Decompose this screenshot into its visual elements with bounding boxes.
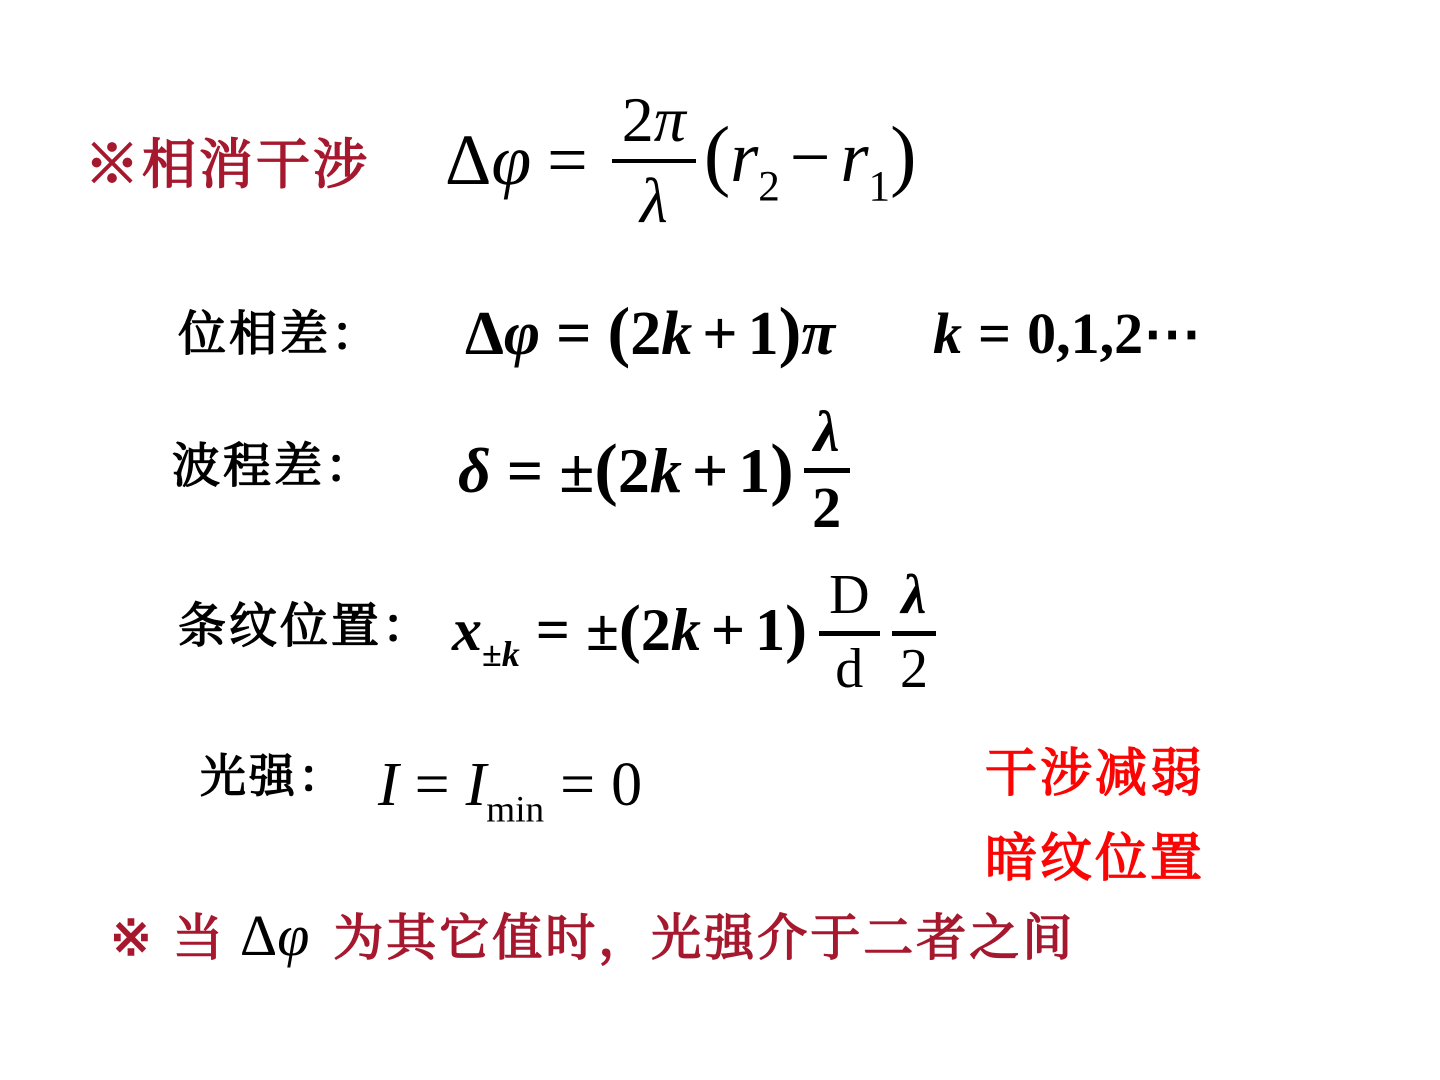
equals-sign: = <box>547 120 588 200</box>
equals-sign: = <box>507 435 543 506</box>
title-text: 相消干涉 <box>142 135 370 195</box>
plus-minus-sign: ± <box>586 597 619 663</box>
I-min-symbol: I <box>466 751 487 819</box>
open-paren-icon: ( <box>619 592 641 665</box>
equals-sign-2: = <box>560 751 595 819</box>
slide-title: ※相消干涉 <box>85 122 370 199</box>
label-intensity: 光强： <box>200 740 347 806</box>
number-1: 1 <box>738 435 770 506</box>
delta-symbol: Δ <box>445 120 491 200</box>
equals-sign: = <box>556 300 591 368</box>
k-symbol: k <box>671 597 701 663</box>
denominator-2: 2 <box>812 473 841 540</box>
coefficient-2: 2 <box>630 300 661 368</box>
open-paren-icon: ( <box>608 293 631 369</box>
close-paren-icon: ) <box>779 293 802 369</box>
x-subscript: ±k <box>482 634 520 674</box>
close-paren-icon: ) <box>890 111 916 199</box>
number-1: 1 <box>755 597 785 663</box>
delta-symbol: Δ <box>240 903 277 968</box>
x-symbol: x <box>452 597 482 663</box>
lambda-symbol: λ <box>892 565 937 636</box>
lambda-symbol: λ <box>804 400 850 473</box>
note-dark-fringe-position: 暗纹位置 <box>985 816 1205 891</box>
zero-value: 0 <box>611 751 642 819</box>
formula-fringe-position: x±k=±(2k+1) D d λ 2 <box>452 565 936 700</box>
k-symbol: k <box>661 300 692 368</box>
number-1: 1 <box>748 300 779 368</box>
k-symbol: k <box>933 301 962 366</box>
d-symbol: d <box>835 636 863 701</box>
formula-phase-difference-general: Δφ= 2π λ (r2−r1) <box>445 85 916 237</box>
equals-sign: = <box>415 751 450 819</box>
equals-sign: = <box>978 301 1011 366</box>
bottom-marker: ※ <box>110 910 155 966</box>
bottom-note: ※当Δφ为其它值时，光强介于二者之间 <box>110 898 1075 970</box>
plus-sign: + <box>711 597 745 663</box>
label-fringe-position: 条纹位置： <box>178 587 433 656</box>
f3-main: δ=±(2k+1) <box>458 429 794 510</box>
phi-symbol: φ <box>277 903 309 968</box>
fraction-lambda-over-2: λ 2 <box>892 565 937 700</box>
formula-phase-condition: Δφ=(2k+1)π <box>465 292 835 371</box>
coefficient-2: 2 <box>618 435 650 506</box>
phi-symbol: φ <box>491 120 531 200</box>
fraction-lambda-over-2: λ 2 <box>804 400 850 540</box>
D-symbol: D <box>819 565 879 636</box>
f4-main: x±k=±(2k+1) <box>452 591 807 675</box>
I-symbol: I <box>378 751 399 819</box>
k-value-range: k=0,1,2⋯ <box>933 299 1201 367</box>
r1-subscript: 1 <box>868 164 890 211</box>
r2-symbol: r <box>730 117 758 197</box>
slide: { "colors": { "dark_red": "#a5182e", "br… <box>0 0 1440 1080</box>
label-phase-difference: 位相差： <box>178 295 382 364</box>
label-path-difference: 波程差： <box>172 427 376 496</box>
plus-sign: + <box>702 300 737 368</box>
fraction-2pi-over-lambda: 2π λ <box>612 85 696 237</box>
close-paren-icon: ) <box>770 430 793 508</box>
note-interference-weakened: 干涉减弱 <box>985 731 1205 806</box>
delta-lower-symbol: δ <box>458 435 491 506</box>
ellipsis-icon: ⋯ <box>1143 301 1201 366</box>
fraction-denominator-lambda: λ <box>640 163 668 236</box>
open-paren-icon: ( <box>594 430 617 508</box>
close-paren-icon: ) <box>785 592 807 665</box>
fraction-numerator: 2π <box>612 85 696 163</box>
k-values: 0,1,2 <box>1027 301 1143 366</box>
r1-symbol: r <box>840 117 868 197</box>
plus-minus-sign: ± <box>559 435 594 506</box>
equals-sign: = <box>536 597 570 663</box>
coefficient-2: 2 <box>622 84 654 155</box>
k-symbol: k <box>650 435 682 506</box>
phi-symbol: φ <box>504 300 540 368</box>
pi-symbol: π <box>801 300 835 368</box>
bottom-text: 为其它值时，光强介于二者之间 <box>333 910 1075 966</box>
f1-lhs: Δφ= <box>445 119 604 202</box>
delta-phi-inline: Δφ <box>240 903 309 968</box>
coefficient-2: 2 <box>641 597 671 663</box>
r2-subscript: 2 <box>758 164 780 211</box>
denominator-2: 2 <box>900 636 928 701</box>
formula-intensity: I=Imin=0 <box>378 750 642 832</box>
fraction-D-over-d: D d <box>819 565 879 700</box>
min-subscript: min <box>486 790 544 831</box>
pi-symbol: π <box>654 84 686 155</box>
minus-sign: − <box>790 117 831 197</box>
word-when: 当 <box>173 910 226 966</box>
f1-rhs: (r2−r1) <box>704 110 917 211</box>
open-paren-icon: ( <box>704 111 730 199</box>
delta-symbol: Δ <box>465 300 504 368</box>
plus-sign: + <box>692 435 728 506</box>
formula-path-difference: δ=±(2k+1) λ 2 <box>458 400 850 540</box>
title-marker: ※ <box>85 135 142 195</box>
